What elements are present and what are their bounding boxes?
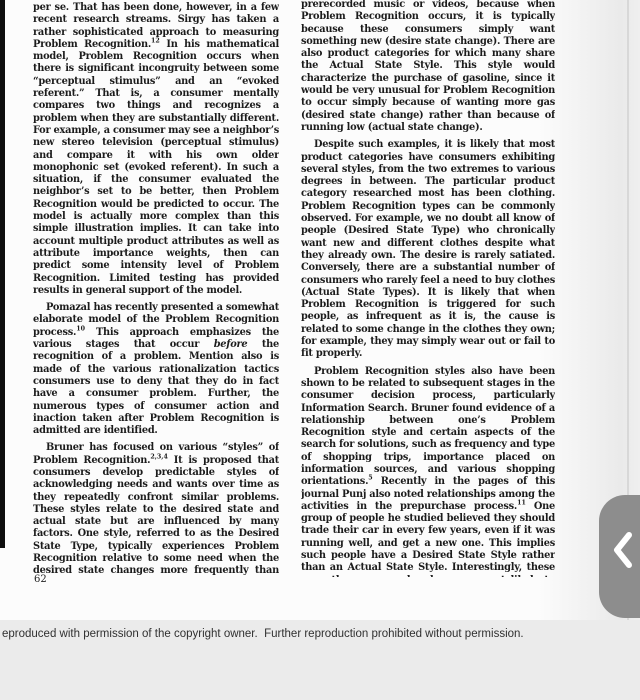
- chevron-left-icon: [611, 526, 635, 574]
- scan-gutter-shadow: [0, 0, 5, 548]
- paragraph: Despite such examples, it is likely that…: [301, 139, 555, 360]
- text-column-right: prerecorded music or videos, because whe…: [301, 0, 555, 577]
- paragraph: per se. That has been done, however, in …: [33, 2, 279, 297]
- paragraph: Pomazal has recently presented a somewha…: [33, 302, 279, 437]
- text-column-left: per se. That has been done, however, in …: [33, 2, 279, 577]
- paragraph: Problem Recognition styles also have bee…: [301, 366, 555, 577]
- paragraph: Bruner has focused on various “styles” o…: [33, 442, 279, 577]
- document-viewer: per se. That has been done, however, in …: [0, 0, 640, 700]
- scanned-page: per se. That has been done, however, in …: [0, 0, 640, 620]
- page-number: 62: [34, 574, 47, 585]
- previous-page-button[interactable]: [599, 495, 640, 618]
- paragraph: prerecorded music or videos, because whe…: [301, 0, 555, 134]
- page-text: per se. That has been done, however, in …: [33, 2, 555, 577]
- copyright-bar: eproduced with permission of the copyrig…: [0, 620, 640, 700]
- copyright-text: eproduced with permission of the copyrig…: [2, 628, 524, 640]
